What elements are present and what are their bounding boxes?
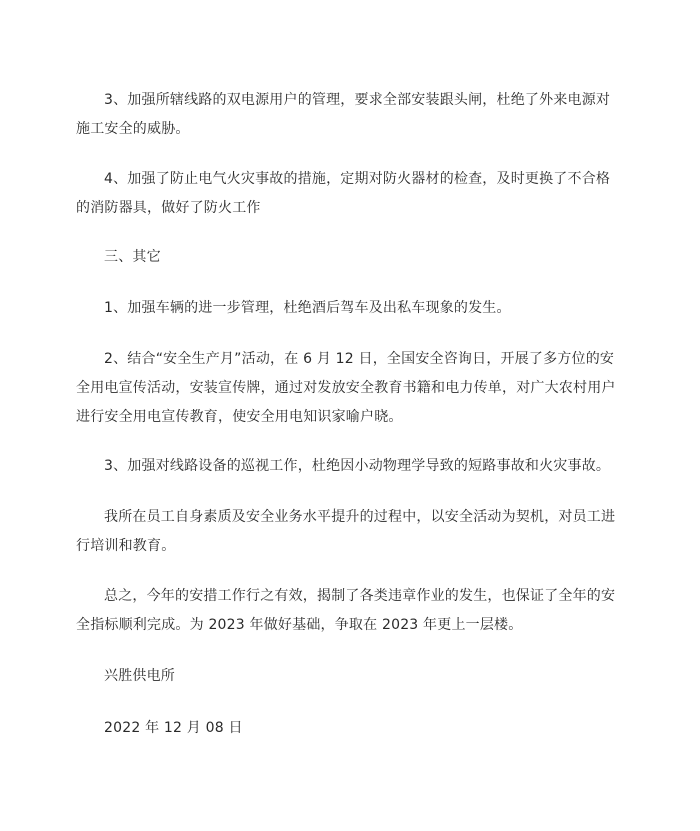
paragraph-other-item-3: 3、加强对线路设备的巡视工作，杜绝因小动物理学导致的短路事故和火灾事故。 [76,452,621,481]
paragraph-summary: 总之，今年的安措工作行之有效，揭制了各类违章作业的发生，也保证了全年的安全指标顺… [76,582,621,640]
paragraph-other-item-1: 1、加强车辆的进一步管理，杜绝酒后驾车及出私车现象的发生。 [76,294,621,323]
paragraph-item-4-fire-prevention: 4、加强了防止电气火灾事故的措施，定期对防火器材的检查，及时更换了不合格的消防器… [76,165,621,223]
signature-date: 2022 年 12 月 08 日 [76,714,621,743]
paragraph-staff-training: 我所在员工自身素质及安全业务水平提升的过程中，以安全活动为契机，对员工进行培训和… [76,503,621,561]
paragraph-item-3-dual-power: 3、加强所辖线路的双电源用户的管理，要求全部安装跟头闸，杜绝了外来电源对施工安全… [76,86,621,144]
signature-organization: 兴胜供电所 [76,662,621,691]
paragraph-other-item-2: 2、结合“安全生产月”活动，在 6 月 12 日，全国安全咨询日，开展了多方位的… [76,345,621,432]
document-page: 3、加强所辖线路的双电源用户的管理，要求全部安装跟头闸，杜绝了外来电源对施工安全… [0,0,700,831]
section-heading-other: 三、其它 [76,243,621,272]
